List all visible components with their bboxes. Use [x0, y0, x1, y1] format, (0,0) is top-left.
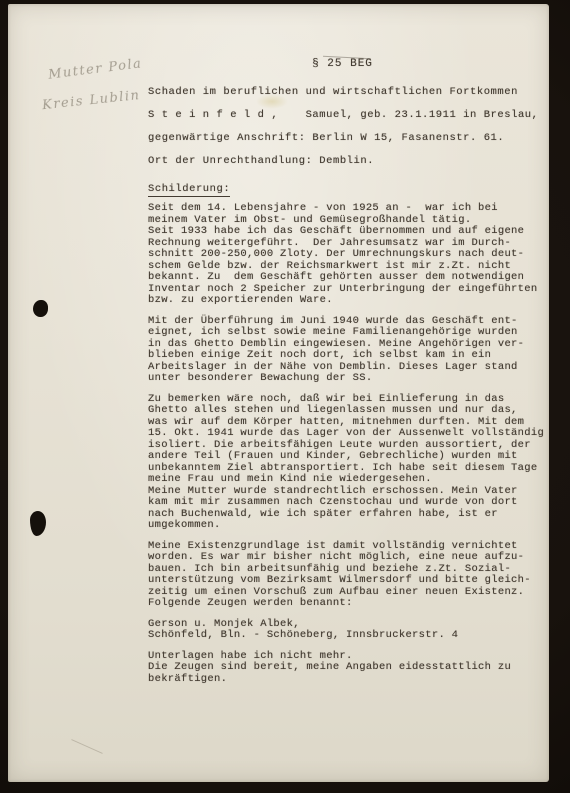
place-of-injustice-line: Ort der Unrechthandlung: Demblin. [148, 150, 537, 173]
text-line: umgekommen. [148, 520, 537, 532]
paragraph: Seit dem 14. Lebensjahre - von 1925 an -… [148, 203, 537, 307]
text-line: Schönfeld, Bln. - Schöneberg, Innsbrucke… [148, 630, 537, 642]
paragraph: Gerson u. Monjek Albek,Schönfeld, Bln. -… [148, 619, 537, 642]
claimant-name-line: S t e i n f e l d , Samuel, geb. 23.1.19… [148, 104, 537, 127]
text-line: Ghetto alles stehen und liegenlassen mus… [148, 405, 537, 417]
text-line: kam mit mir zusammen nach Czenstochau un… [148, 497, 537, 509]
text-line: bzw. zu exportierenden Ware. [148, 295, 537, 307]
text-line: Die Zeugen sind bereit, meine Angaben ei… [148, 662, 537, 674]
text-line: bekannt. Zu dem Geschäft gehörten ausser… [148, 272, 537, 284]
scan-mount: { "header": { "section_label": "§ 25 BEG… [0, 0, 570, 793]
text-line: schnitt 200-250,000 Zloty. Der Umrechnun… [148, 249, 537, 261]
text-line: meine Frau und mein Kind nie wiedergeseh… [148, 474, 537, 486]
text-line: Folgende Zeugen werden benannt: [148, 598, 537, 610]
document-title: Schaden im beruflichen und wirtschaftlic… [148, 81, 537, 104]
schilderung-heading-row: Schilderung: [148, 181, 537, 197]
paragraph: Meine Existenzgrundlage ist damit vollst… [148, 541, 537, 610]
paragraph: Mit der Überführung im Juni 1940 wurde d… [148, 316, 537, 385]
document-page: Mutter Pola Kreis Lublin § 25 BEG Schade… [8, 4, 549, 782]
address-line: gegenwärtige Anschrift: Berlin W 15, Fas… [148, 127, 537, 150]
text-line: unterstützung vom Bezirksamt Wilmersdorf… [148, 575, 537, 587]
body-text: Seit dem 14. Lebensjahre - von 1925 an -… [148, 203, 537, 685]
section-label: § 25 BEG [148, 58, 537, 71]
text-line: 15. Okt. 1941 wurde das Lager von der Au… [148, 428, 537, 440]
text-line: Seit dem 14. Lebensjahre - von 1925 an -… [148, 203, 537, 215]
text-line: andere Teil (Frauen und Kinder, Gebrechl… [148, 451, 537, 463]
text-line: Seit 1933 habe ich das Geschäft übernomm… [148, 226, 537, 238]
text-line: bekräftigen. [148, 674, 537, 686]
text-line: blieben einige Zeit noch dort, ich selbs… [148, 350, 537, 362]
text-line: eignet, ich selbst sowie meine Familiena… [148, 327, 537, 339]
paragraph: Unterlagen habe ich nicht mehr.Die Zeuge… [148, 651, 537, 686]
text-line: worden. Es war mir bisher nicht möglich,… [148, 552, 537, 564]
paragraph: Zu bemerken wäre noch, daß wir bei Einli… [148, 394, 537, 532]
text-line: unter besonderer Bewachung der SS. [148, 373, 537, 385]
typewritten-content: § 25 BEG Schaden im beruflichen und wirt… [8, 4, 549, 685]
paper-crease [71, 739, 102, 754]
schilderung-heading: Schilderung: [148, 183, 230, 197]
